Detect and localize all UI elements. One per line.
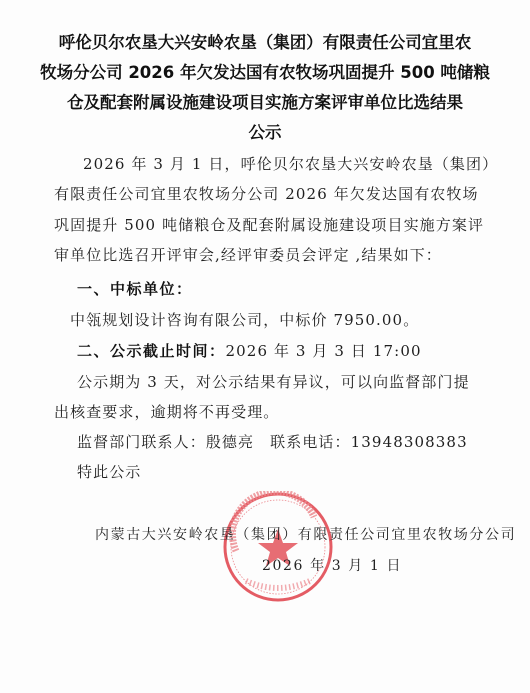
- contact-name: 殷德亮: [206, 433, 254, 451]
- intro-line-3: 巩固提升 500 吨储粮仓及配套附属设施建设项目实施方案评: [54, 215, 484, 235]
- official-seal-stamp: [222, 491, 334, 603]
- phone-number: 13948308383: [351, 433, 468, 451]
- intro-line-4: 审单位比选召开评审会,经评审委员会评定 ,结果如下：: [54, 245, 442, 265]
- closing-text: 特此公示: [77, 462, 141, 482]
- document-page: 呼伦贝尔农垦大兴安岭农垦（集团）有限责任公司宜里农 牧场分公司 2026 年欠发…: [0, 0, 530, 693]
- title-line-1: 呼伦贝尔农垦大兴安岭农垦（集团）有限责任公司宜里农: [0, 33, 530, 53]
- phone-label: 联系电话：: [270, 433, 351, 451]
- title-line-4: 公示: [0, 123, 530, 143]
- contact-label: 监督部门联系人：: [77, 433, 206, 451]
- title-line-3: 仓及配套附属设施建设项目实施方案评审单位比选结果: [0, 93, 530, 113]
- title-line-2: 牧场分公司 2026 年欠发达国有农牧场巩固提升 500 吨储粮: [0, 63, 530, 83]
- intro-line-2: 有限责任公司宜里农牧场分公司 2026 年欠发达国有农牧场: [54, 184, 479, 204]
- section-2-heading: 二、公示截止时间：2026 年 3 月 3 日 17:00: [77, 341, 422, 361]
- notice-line-1: 公示期为 3 天，对公示结果有异议，可以向监督部门提: [77, 372, 470, 392]
- intro-line-1: 2026 年 3 月 1 日，呼伦贝尔农垦大兴安岭农垦（集团）: [83, 154, 498, 174]
- contact-line: 监督部门联系人：殷德亮联系电话：13948308383: [77, 432, 468, 452]
- deadline-label: 二、公示截止时间：: [77, 342, 226, 360]
- winning-bidder-text: 中瓴规划设计咨询有限公司，中标价 7950.00。: [70, 310, 419, 330]
- deadline-value: 2026 年 3 月 3 日 17:00: [226, 342, 422, 360]
- signature-organization: 内蒙古大兴安岭农垦（集团）有限责任公司宜里农牧场分公司: [95, 525, 516, 545]
- signature-date: 2026 年 3 月 1 日: [262, 556, 402, 576]
- section-1-heading: 一、中标单位：: [77, 279, 193, 299]
- notice-line-2: 出核查要求，逾期将不再受理。: [54, 402, 279, 422]
